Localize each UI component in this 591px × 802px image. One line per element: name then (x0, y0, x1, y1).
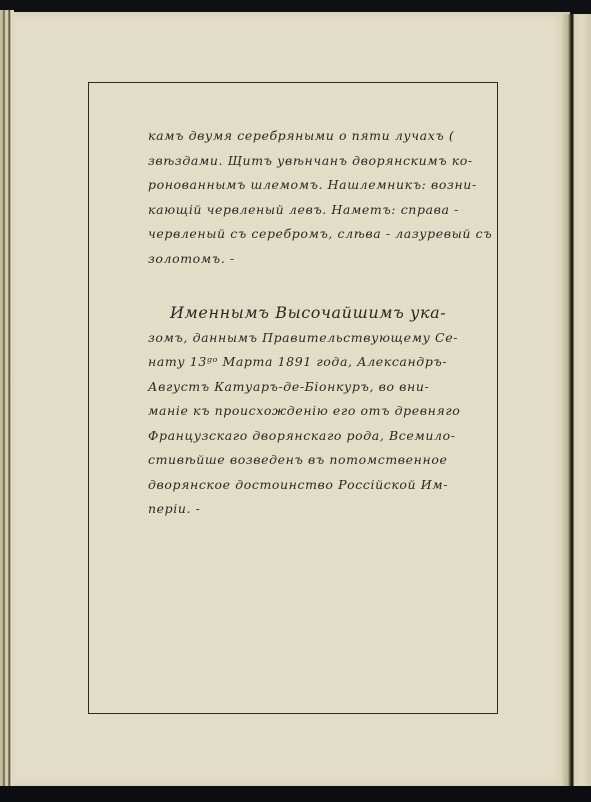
text-line: звѣздами. Щитъ увѣнчанъ дворянскимъ ко- (148, 149, 478, 174)
text-line: червленый съ серебромъ, слѣва - лазуревы… (148, 222, 478, 247)
text-line: камъ двумя серебряными о пяти лучахъ ( (148, 124, 478, 149)
text-line-heading: Именнымъ Высочайшимъ ука- (148, 301, 478, 326)
text-line: кающій червленый левъ. Наметъ: справа - (148, 198, 478, 223)
text-line: Французскаго дворянскаго рода, Всемило- (148, 424, 478, 449)
text-line: нату 13ᵍᵒ Марта 1891 года, Александръ- (148, 350, 478, 375)
manuscript-text: камъ двумя серебряными о пяти лучахъ ( з… (148, 124, 478, 522)
paragraph-gap (148, 271, 478, 301)
text-line: стивѣйше возведенъ въ потомственное (148, 448, 478, 473)
text-line: Августъ Катуаръ-де-Біонкуръ, во вни- (148, 375, 478, 400)
text-line: періи. - (148, 497, 478, 522)
scan-bottom-border (0, 786, 591, 802)
text-line: зомъ, даннымъ Правительствующему Се- (148, 326, 478, 351)
book-right-page-edges (562, 14, 591, 788)
text-line: дворянское достоинство Россійской Им- (148, 473, 478, 498)
text-line: золотомъ. - (148, 247, 478, 272)
paragraph-decree: Именнымъ Высочайшимъ ука- зомъ, даннымъ … (148, 301, 478, 522)
paragraph-coat-of-arms: камъ двумя серебряными о пяти лучахъ ( з… (148, 124, 478, 271)
text-line: ронованнымъ шлемомъ. Нашлемникъ: возни- (148, 173, 478, 198)
text-line: маніе къ происхожденію его отъ древняго (148, 399, 478, 424)
book-left-page-edges (0, 10, 14, 786)
scan-top-border (0, 0, 591, 12)
